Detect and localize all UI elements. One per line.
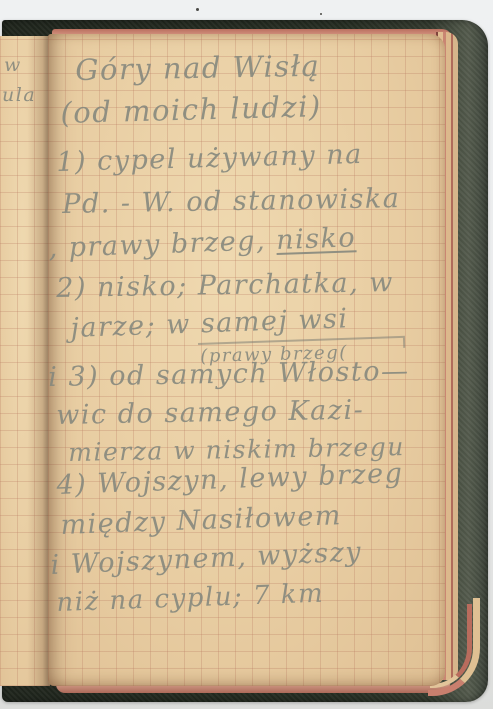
handwritten-title: Góry nad Wisłą [75,49,321,87]
handwritten-line: wic do samego Kazi- [56,395,364,431]
speck [196,8,199,11]
notebook-photo: w ula Góry nad Wisłą (od moich ludzi) 1)… [0,0,493,709]
handwritten-line: niż na cyplu; 7 km [56,579,325,618]
gutter-shadow [0,36,50,686]
main-page: Góry nad Wisłą (od moich ludzi) 1) cypel… [48,34,445,686]
handwritten-line: 2) nisko; Parchatka, w [56,267,394,304]
handwritten-line: jarze; w samej wsi [70,303,349,344]
handwritten-line: między Nasiłowem [60,500,342,541]
speck [320,13,322,15]
handwritten-line: Pd. - W. od stanowiska [62,183,401,220]
handwritten-line-text: , prawy brzeg, [48,225,277,264]
handwritten-line: i 3) od samych Włosto— [48,356,410,393]
underlined-word: nisko [276,222,357,256]
handwritten-line: , prawy brzeg, nisko [48,222,357,264]
handwritten-line: i Wojszynem, wyższy [50,536,363,581]
handwritten-line: (od moich ludzi) [60,89,322,130]
handwritten-line: 1) cypel używany na [56,139,363,178]
left-page: w ula [0,36,50,686]
